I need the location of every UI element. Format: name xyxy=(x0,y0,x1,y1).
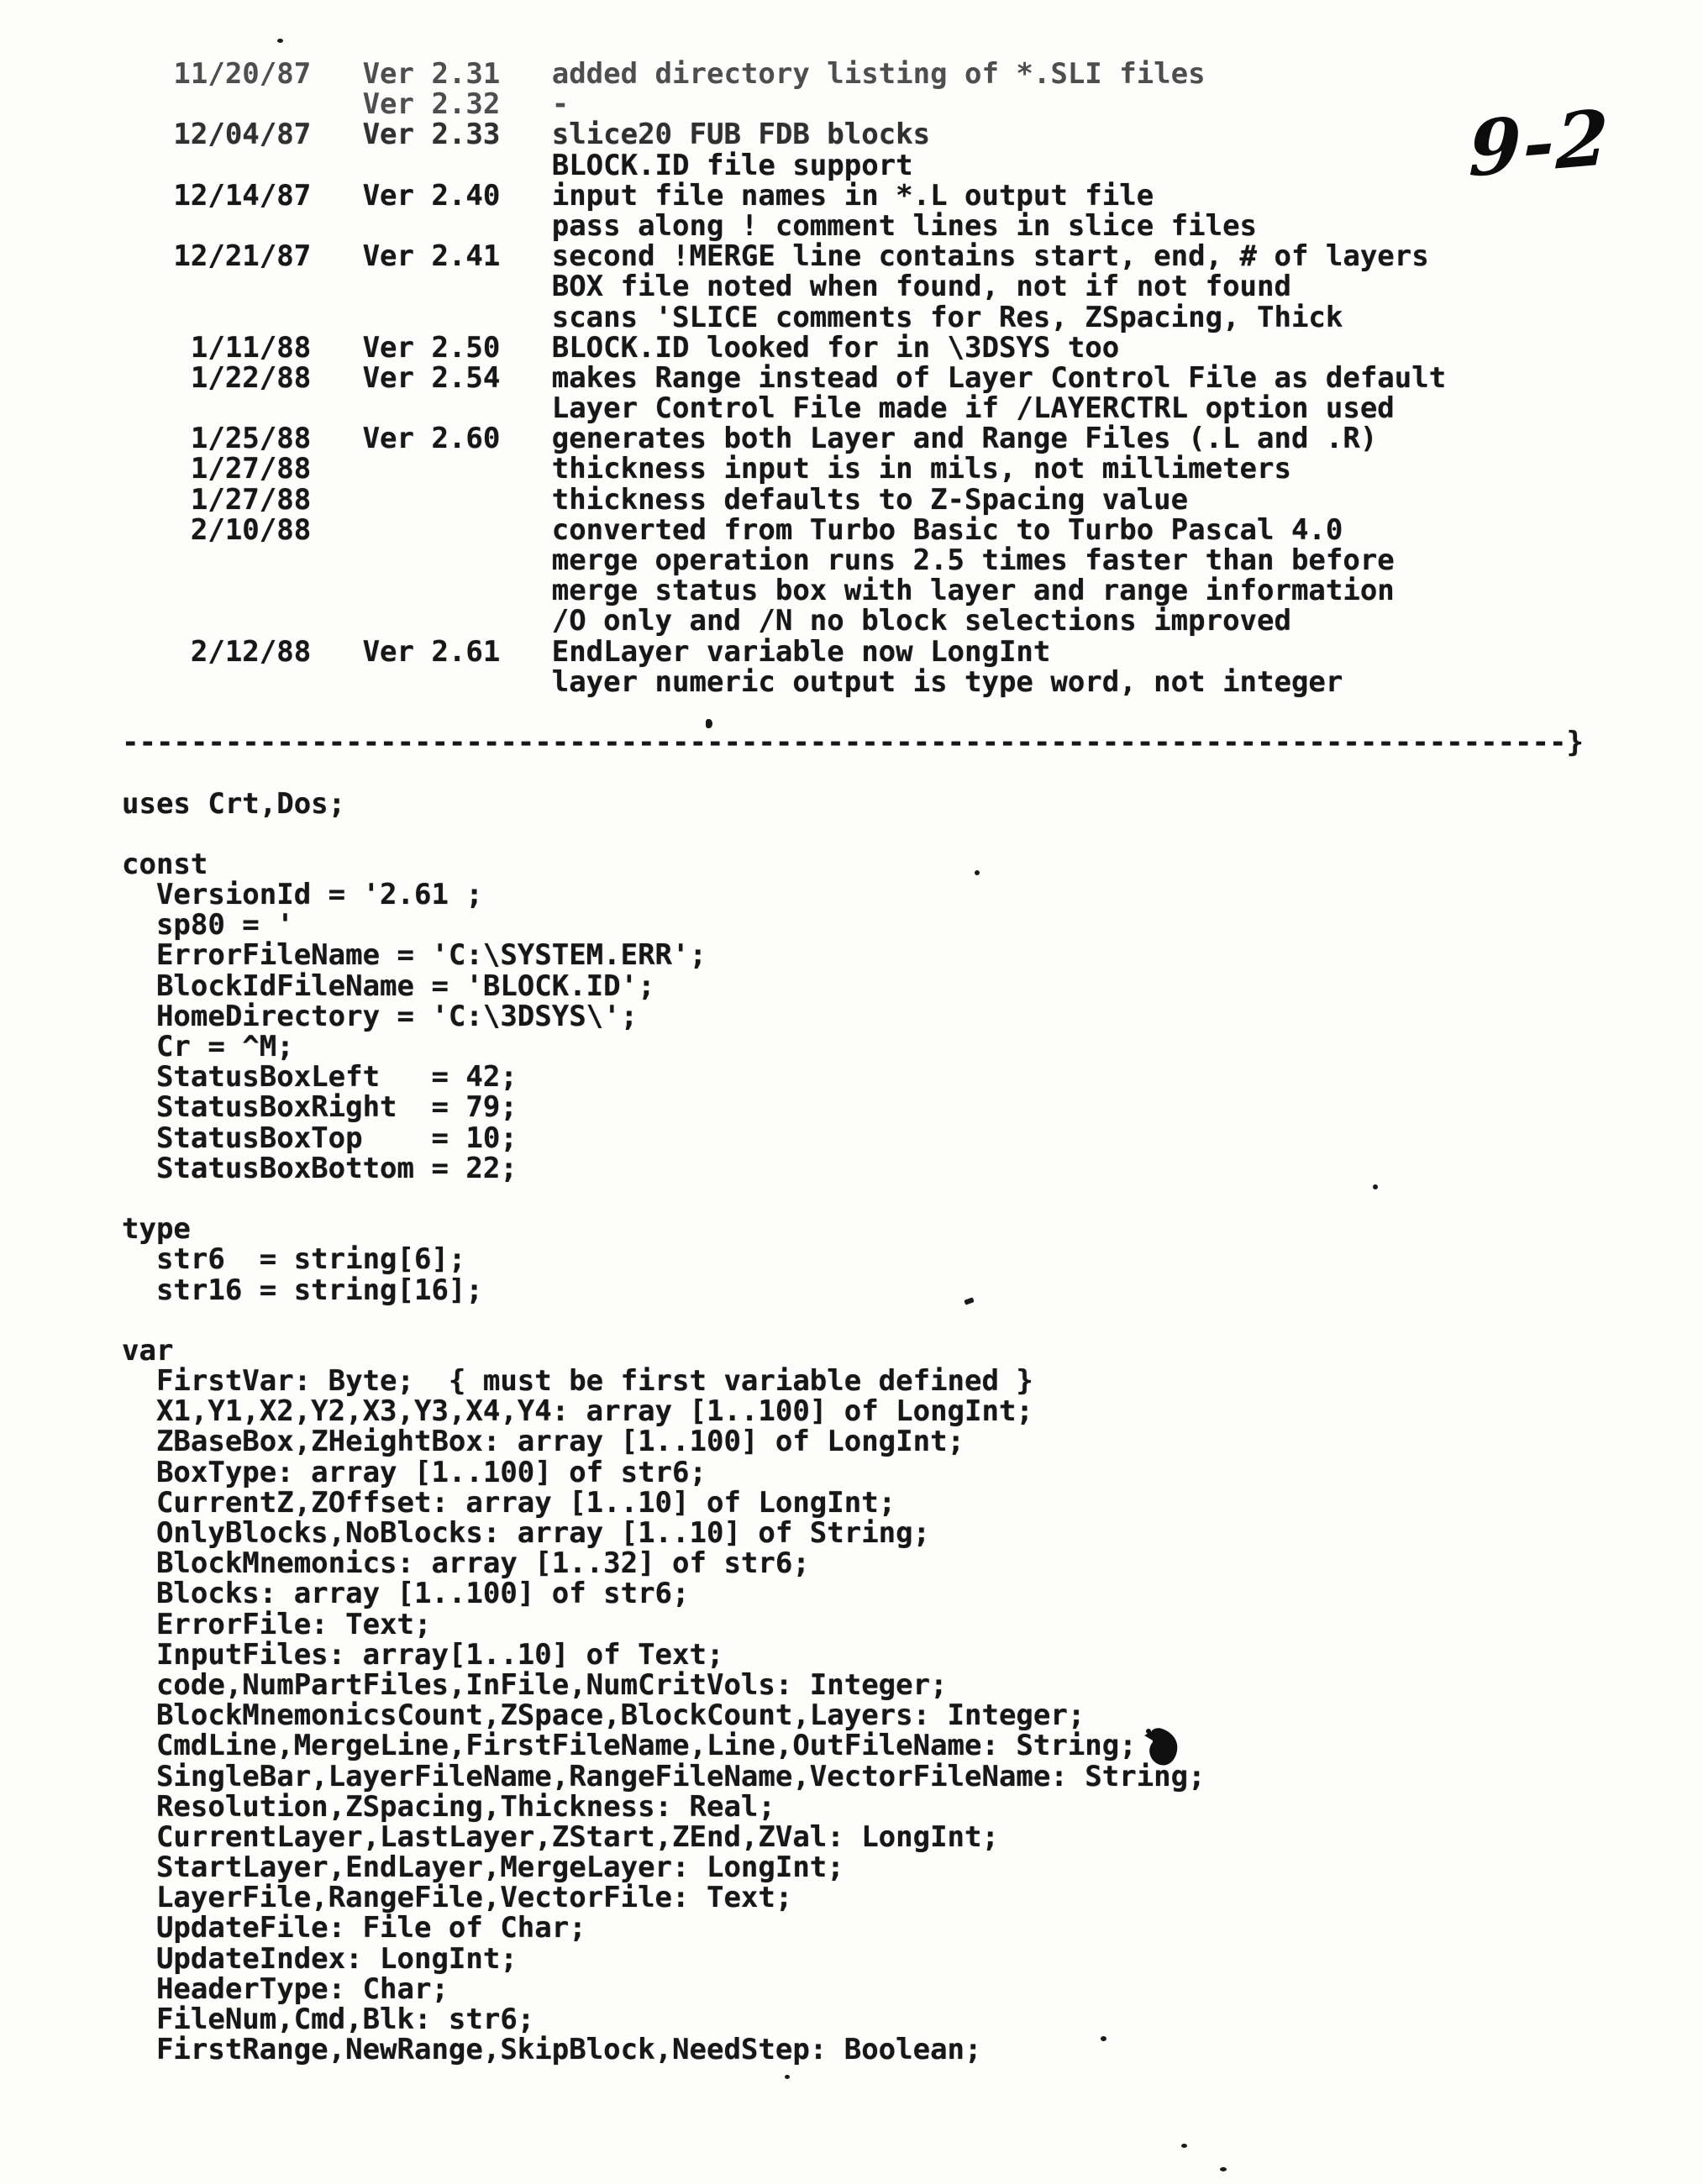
code-line: 12/14/87 Ver 2.40 input file names in *.… xyxy=(122,181,1584,211)
code-line xyxy=(122,758,1584,788)
ink-blob-artifact xyxy=(1143,1725,1183,1771)
code-line: 1/27/88 thickness defaults to Z-Spacing … xyxy=(122,485,1584,515)
code-line: str6 = string[6]; xyxy=(122,1244,1584,1274)
code-line: OnlyBlocks,NoBlocks: array [1..10] of St… xyxy=(122,1518,1584,1548)
code-line: BoxType: array [1..100] of str6; xyxy=(122,1457,1584,1488)
code-line: ErrorFile: Text; xyxy=(122,1609,1584,1640)
code-line: Cr = ^M; xyxy=(122,1032,1584,1062)
code-line: HeaderType: Char; xyxy=(122,1974,1584,2004)
code-line: Layer Control File made if /LAYERCTRL op… xyxy=(122,393,1584,423)
code-line: X1,Y1,X2,Y2,X3,Y3,X4,Y4: array [1..100] … xyxy=(122,1396,1584,1426)
code-line: BlockMnemonicsCount,ZSpace,BlockCount,La… xyxy=(122,1700,1584,1730)
code-line: VersionId = '2.61 ; xyxy=(122,879,1584,910)
code-line: 2/12/88 Ver 2.61 EndLayer variable now L… xyxy=(122,637,1584,667)
code-line: 1/11/88 Ver 2.50 BLOCK.ID looked for in … xyxy=(122,333,1584,363)
scan-speck xyxy=(706,719,712,728)
scan-speck xyxy=(1101,2036,1106,2041)
code-line: FileNum,Cmd,Blk: str6; xyxy=(122,2004,1584,2034)
code-line: layer numeric output is type word, not i… xyxy=(122,667,1584,697)
source-code-listing: 11/20/87 Ver 2.31 added directory listin… xyxy=(122,59,1584,2065)
code-line: HomeDirectory = 'C:\3DSYS\'; xyxy=(122,1001,1584,1032)
scan-speck xyxy=(975,870,980,875)
code-line: FirstRange,NewRange,SkipBlock,NeedStep: … xyxy=(122,2034,1584,2065)
code-line: StartLayer,EndLayer,MergeLayer: LongInt; xyxy=(122,1852,1584,1882)
code-line: Ver 2.32 - xyxy=(122,89,1584,119)
code-line: uses Crt,Dos; xyxy=(122,789,1584,819)
code-line: 1/25/88 Ver 2.60 generates both Layer an… xyxy=(122,423,1584,454)
code-line: type xyxy=(122,1214,1584,1244)
code-line: ----------------------------------------… xyxy=(122,727,1584,758)
code-line: BOX file noted when found, not if not fo… xyxy=(122,271,1584,302)
code-line: 1/27/88 thickness input is in mils, not … xyxy=(122,454,1584,484)
scan-speck xyxy=(277,39,283,43)
code-line: var xyxy=(122,1336,1584,1366)
code-line: Resolution,ZSpacing,Thickness: Real; xyxy=(122,1792,1584,1822)
code-line: BlockMnemonics: array [1..32] of str6; xyxy=(122,1548,1584,1578)
code-line: BLOCK.ID file support xyxy=(122,150,1584,181)
scanned-page: 11/20/87 Ver 2.31 added directory listin… xyxy=(0,0,1703,2184)
code-line: 11/20/87 Ver 2.31 added directory listin… xyxy=(122,59,1584,89)
scan-speck xyxy=(1220,2167,1227,2171)
code-line: StatusBoxBottom = 22; xyxy=(122,1153,1584,1184)
code-line: sp80 = ' xyxy=(122,910,1584,940)
code-line: BlockIdFileName = 'BLOCK.ID'; xyxy=(122,971,1584,1001)
handwritten-page-number: 9-2 xyxy=(1468,92,1611,194)
code-line: StatusBoxRight = 79; xyxy=(122,1092,1584,1122)
code-line: scans 'SLICE comments for Res, ZSpacing,… xyxy=(122,302,1584,333)
code-line: LayerFile,RangeFile,VectorFile: Text; xyxy=(122,1882,1584,1913)
code-line: CmdLine,MergeLine,FirstFileName,Line,Out… xyxy=(122,1730,1584,1761)
code-line: 12/21/87 Ver 2.41 second !MERGE line con… xyxy=(122,241,1584,271)
code-line: CurrentLayer,LastLayer,ZStart,ZEnd,ZVal:… xyxy=(122,1822,1584,1852)
code-line: UpdateIndex: LongInt; xyxy=(122,1944,1584,1974)
code-line: InputFiles: array[1..10] of Text; xyxy=(122,1640,1584,1670)
code-line: SingleBar,LayerFileName,RangeFileName,Ve… xyxy=(122,1761,1584,1792)
code-line: ZBaseBox,ZHeightBox: array [1..100] of L… xyxy=(122,1426,1584,1457)
code-line: StatusBoxLeft = 42; xyxy=(122,1062,1584,1092)
code-line xyxy=(122,697,1584,727)
code-line: merge operation runs 2.5 times faster th… xyxy=(122,545,1584,575)
code-line: 2/10/88 converted from Turbo Basic to Tu… xyxy=(122,515,1584,545)
scan-speck xyxy=(1373,1184,1378,1189)
code-line: 12/04/87 Ver 2.33 slice20 FUB FDB blocks xyxy=(122,119,1584,150)
code-line: UpdateFile: File of Char; xyxy=(122,1913,1584,1943)
code-line: str16 = string[16]; xyxy=(122,1275,1584,1305)
scan-speck xyxy=(1181,2144,1187,2148)
scan-speck xyxy=(785,2075,790,2079)
code-line: code,NumPartFiles,InFile,NumCritVols: In… xyxy=(122,1670,1584,1700)
code-line: pass along ! comment lines in slice file… xyxy=(122,211,1584,241)
code-line: const xyxy=(122,849,1584,879)
code-line: merge status box with layer and range in… xyxy=(122,575,1584,606)
code-line xyxy=(122,1305,1584,1336)
code-line: ErrorFileName = 'C:\SYSTEM.ERR'; xyxy=(122,940,1584,970)
code-line: FirstVar: Byte; { must be first variable… xyxy=(122,1366,1584,1396)
code-line: CurrentZ,ZOffset: array [1..10] of LongI… xyxy=(122,1488,1584,1518)
code-line: StatusBoxTop = 10; xyxy=(122,1123,1584,1153)
code-line: /O only and /N no block selections impro… xyxy=(122,606,1584,636)
code-line: 1/22/88 Ver 2.54 makes Range instead of … xyxy=(122,363,1584,393)
code-line xyxy=(122,1184,1584,1214)
code-line: Blocks: array [1..100] of str6; xyxy=(122,1578,1584,1609)
code-line xyxy=(122,819,1584,849)
